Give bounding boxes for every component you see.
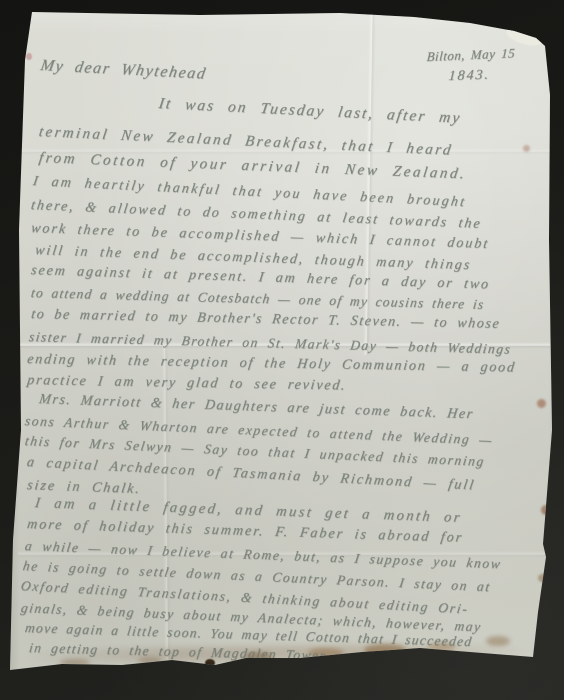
letter-paper: Bilton, May 15 1843. My dear Whytehead I… — [0, 0, 564, 700]
foxing-stain — [537, 399, 546, 408]
photo-background: Bilton, May 15 1843. My dear Whytehead I… — [0, 0, 564, 700]
letter-line: practice I am very glad to see revived. — [26, 374, 347, 394]
letter-line: sister I married my Brother on St. Mark'… — [28, 330, 512, 356]
salutation: My dear Whytehead — [39, 58, 208, 83]
letter-line: to be married to my Brother's Rector T. … — [30, 308, 501, 332]
letter-line: It was on Tuesday last, after my — [158, 96, 463, 126]
letter-line: ending with the reception of the Holy Co… — [26, 353, 516, 375]
foxing-stain — [538, 574, 547, 582]
foxing-stain — [26, 53, 32, 60]
foxing-stain — [541, 505, 551, 515]
foxing-stain — [523, 145, 530, 152]
dateline-year: 1843. — [448, 69, 490, 84]
letter-line: size in Chalk. — [26, 479, 142, 497]
dateline-place: Bilton, May 15 — [426, 46, 515, 63]
